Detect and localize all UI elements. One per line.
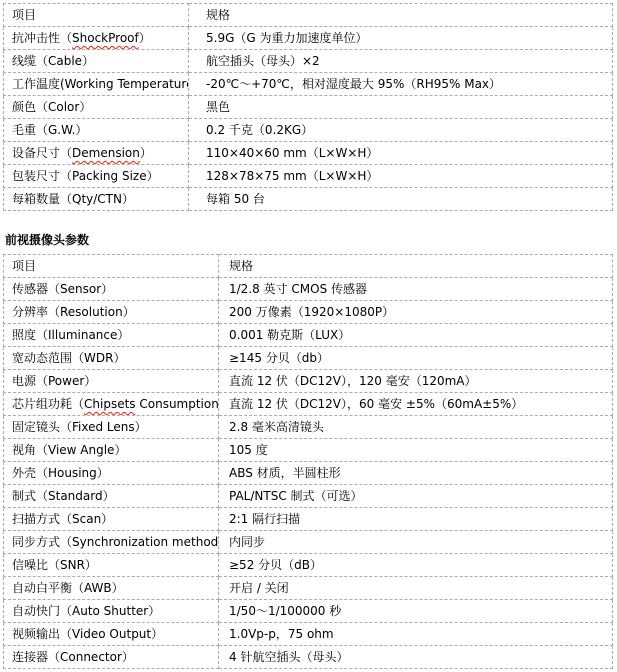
column-header-row: 项目 规格 bbox=[4, 4, 613, 27]
spec-value: 内同步 bbox=[219, 531, 613, 554]
spec-value: 直流 12 伏（DC12V），120 毫安（120mA） bbox=[219, 370, 613, 393]
table-row-cable: 线缆（Cable） 航空插头（母头）×2 bbox=[4, 50, 613, 73]
table-row-video-output: 视频输出（Video Output） 1.0Vp-p，75 ohm bbox=[4, 623, 613, 646]
table-row-housing: 外壳（Housing） ABS 材质，半圆柱形 bbox=[4, 462, 613, 485]
spec-value: 128×78×75 mm（L×W×H） bbox=[189, 165, 613, 188]
label-text: 连接器（Connector） bbox=[12, 650, 134, 664]
device-spec-table: 项目 规格 抗冲击性（ShockProof） 5.9G（G 为重力加速度单位） … bbox=[3, 3, 613, 211]
spec-item-label: 制式（Standard） bbox=[4, 485, 219, 508]
spec-value: 105 度 bbox=[219, 439, 613, 462]
spec-value: ABS 材质，半圆柱形 bbox=[219, 462, 613, 485]
table-row-color: 颜色（Color） 黑色 bbox=[4, 96, 613, 119]
table-row-gross-weight: 毛重（G.W.） 0.2 千克（0.2KG） bbox=[4, 119, 613, 142]
spec-item-label: 视频输出（Video Output） bbox=[4, 623, 219, 646]
spec-item-label: 同步方式（Synchronization method） bbox=[4, 531, 219, 554]
label-text: ） bbox=[140, 146, 152, 160]
table-row-shockproof: 抗冲击性（ShockProof） 5.9G（G 为重力加速度单位） bbox=[4, 27, 613, 50]
label-text: 分辨率（Resolution） bbox=[12, 305, 135, 319]
table-row-dimension: 设备尺寸（Demension） 110×40×60 mm（L×W×H） bbox=[4, 142, 613, 165]
label-text: 芯片组功耗（ bbox=[12, 397, 84, 411]
spec-item-label: 连接器（Connector） bbox=[4, 646, 219, 669]
misspelled-word: Demension bbox=[72, 146, 140, 160]
spec-value: 开启 / 关闭 bbox=[219, 577, 613, 600]
label-text: 工作温度(Working Temperature) bbox=[12, 77, 189, 91]
spec-item-label: 分辨率（Resolution） bbox=[4, 301, 219, 324]
column-header-item: 项目 bbox=[4, 255, 219, 278]
section-heading-front-camera: 前视摄像头参数 bbox=[5, 234, 617, 247]
table-row-auto-shutter: 自动快门（Auto Shutter） 1/50～1/100000 秒 bbox=[4, 600, 613, 623]
spec-value: 5.9G（G 为重力加速度单位） bbox=[189, 27, 613, 50]
spec-value: 200 万像素（1920×1080P） bbox=[219, 301, 613, 324]
spec-value: 1/50～1/100000 秒 bbox=[219, 600, 613, 623]
spec-item-label: 抗冲击性（ShockProof） bbox=[4, 27, 189, 50]
table-row-chipsets-consumption: 芯片组功耗（Chipsets Consumption） 直流 12 伏（DC12… bbox=[4, 393, 613, 416]
camera-spec-table: 项目 规格 传感器（Sensor） 1/2.8 英寸 CMOS 传感器 分辨率（… bbox=[3, 254, 613, 669]
table-row-working-temperature: 工作温度(Working Temperature) -20℃～+70℃，相对湿度… bbox=[4, 73, 613, 96]
table-row-view-angle: 视角（View Angle） 105 度 bbox=[4, 439, 613, 462]
spec-item-label: 视角（View Angle） bbox=[4, 439, 219, 462]
label-text: 视角（View Angle） bbox=[12, 443, 126, 457]
spec-value: 0.2 千克（0.2KG） bbox=[189, 119, 613, 142]
spec-item-label: 扫描方式（Scan） bbox=[4, 508, 219, 531]
label-text: 设备尺寸（ bbox=[12, 146, 72, 160]
label-text: 扫描方式（Scan） bbox=[12, 512, 113, 526]
spec-item-label: 线缆（Cable） bbox=[4, 50, 189, 73]
label-text: 照度（Illuminance） bbox=[12, 328, 129, 342]
spec-value: 直流 12 伏（DC12V），60 毫安 ±5%（60mA±5%） bbox=[219, 393, 613, 416]
spec-item-label: 毛重（G.W.） bbox=[4, 119, 189, 142]
spec-item-label: 自动快门（Auto Shutter） bbox=[4, 600, 219, 623]
table-row-fixed-lens: 固定镜头（Fixed Lens） 2.8 毫米高清镜头 bbox=[4, 416, 613, 439]
spec-value: 黑色 bbox=[189, 96, 613, 119]
spec-value: 每箱 50 台 bbox=[189, 188, 613, 211]
table-row-connector: 连接器（Connector） 4 针航空插头（母头） bbox=[4, 646, 613, 669]
label-text: 包装尺寸（Packing Size） bbox=[12, 169, 159, 183]
label-text: 同步方式（Synchronization method） bbox=[12, 535, 219, 549]
spec-item-label: 包装尺寸（Packing Size） bbox=[4, 165, 189, 188]
table-row-synchronization: 同步方式（Synchronization method） 内同步 bbox=[4, 531, 613, 554]
label-text: 线缆（Cable） bbox=[12, 54, 94, 68]
spec-value: PAL/NTSC 制式（可选） bbox=[219, 485, 613, 508]
table-row-awb: 自动白平衡（AWB） 开启 / 关闭 bbox=[4, 577, 613, 600]
spec-value: ≥145 分贝（db） bbox=[219, 347, 613, 370]
label-text: 固定镜头（Fixed Lens） bbox=[12, 420, 147, 434]
column-header-spec: 规格 bbox=[189, 4, 613, 27]
spec-value: -20℃～+70℃，相对湿度最大 95%（RH95% Max） bbox=[189, 73, 613, 96]
label-text: 外壳（Housing） bbox=[12, 466, 109, 480]
label-text: 传感器（Sensor） bbox=[12, 282, 113, 296]
spec-item-label: 宽动态范围（WDR） bbox=[4, 347, 219, 370]
spec-item-label: 工作温度(Working Temperature) bbox=[4, 73, 189, 96]
label-text: 颜色（Color） bbox=[12, 100, 91, 114]
table-row-scan: 扫描方式（Scan） 2:1 隔行扫描 bbox=[4, 508, 613, 531]
spec-value: 2:1 隔行扫描 bbox=[219, 508, 613, 531]
spec-value: 1.0Vp-p，75 ohm bbox=[219, 623, 613, 646]
spec-item-label: 芯片组功耗（Chipsets Consumption） bbox=[4, 393, 219, 416]
spec-value: ≥52 分贝（dB） bbox=[219, 554, 613, 577]
table-row-resolution: 分辨率（Resolution） 200 万像素（1920×1080P） bbox=[4, 301, 613, 324]
table-row-standard: 制式（Standard） PAL/NTSC 制式（可选） bbox=[4, 485, 613, 508]
label-text: 毛重（G.W.） bbox=[12, 123, 87, 137]
table-row-sensor: 传感器（Sensor） 1/2.8 英寸 CMOS 传感器 bbox=[4, 278, 613, 301]
spec-item-label: 自动白平衡（AWB） bbox=[4, 577, 219, 600]
spec-item-label: 颜色（Color） bbox=[4, 96, 189, 119]
spec-item-label: 电源（Power） bbox=[4, 370, 219, 393]
table-row-power: 电源（Power） 直流 12 伏（DC12V），120 毫安（120mA） bbox=[4, 370, 613, 393]
table-row-packing-size: 包装尺寸（Packing Size） 128×78×75 mm（L×W×H） bbox=[4, 165, 613, 188]
column-header-spec: 规格 bbox=[219, 255, 613, 278]
spec-value: 4 针航空插头（母头） bbox=[219, 646, 613, 669]
spec-item-label: 每箱数量（Qty/CTN） bbox=[4, 188, 189, 211]
column-header-row: 项目 规格 bbox=[4, 255, 613, 278]
spec-value: 110×40×60 mm（L×W×H） bbox=[189, 142, 613, 165]
spec-item-label: 外壳（Housing） bbox=[4, 462, 219, 485]
label-text: 视频输出（Video Output） bbox=[12, 627, 163, 641]
table-row-wdr: 宽动态范围（WDR） ≥145 分贝（db） bbox=[4, 347, 613, 370]
spec-value: 1/2.8 英寸 CMOS 传感器 bbox=[219, 278, 613, 301]
table-row-illuminance: 照度（Illuminance） 0.001 勒克斯（LUX） bbox=[4, 324, 613, 347]
label-text: 自动白平衡（AWB） bbox=[12, 581, 124, 595]
spec-item-label: 照度（Illuminance） bbox=[4, 324, 219, 347]
spec-sheet-document: 项目 规格 抗冲击性（ShockProof） 5.9G（G 为重力加速度单位） … bbox=[0, 0, 617, 669]
label-text: 宽动态范围（WDR） bbox=[12, 351, 125, 365]
table-row-snr: 信噪比（SNR） ≥52 分贝（dB） bbox=[4, 554, 613, 577]
label-text: 信噪比（SNR） bbox=[12, 558, 97, 572]
column-header-item: 项目 bbox=[4, 4, 189, 27]
label-text: Consumption） bbox=[136, 397, 219, 411]
spec-item-label: 信噪比（SNR） bbox=[4, 554, 219, 577]
misspelled-word: Chipsets bbox=[84, 397, 136, 411]
label-text: 制式（Standard） bbox=[12, 489, 115, 503]
spec-value: 0.001 勒克斯（LUX） bbox=[219, 324, 613, 347]
spec-value: 航空插头（母头）×2 bbox=[189, 50, 613, 73]
label-text: 抗冲击性（ bbox=[12, 31, 72, 45]
label-text: 每箱数量（Qty/CTN） bbox=[12, 192, 134, 206]
spec-item-label: 设备尺寸（Demension） bbox=[4, 142, 189, 165]
spec-value: 2.8 毫米高清镜头 bbox=[219, 416, 613, 439]
spec-item-label: 传感器（Sensor） bbox=[4, 278, 219, 301]
spec-item-label: 固定镜头（Fixed Lens） bbox=[4, 416, 219, 439]
table-row-qty-per-carton: 每箱数量（Qty/CTN） 每箱 50 台 bbox=[4, 188, 613, 211]
label-text: 自动快门（Auto Shutter） bbox=[12, 604, 160, 618]
misspelled-word: ShockProof bbox=[72, 31, 139, 45]
label-text: 电源（Power） bbox=[12, 374, 96, 388]
label-text: ） bbox=[139, 31, 151, 45]
